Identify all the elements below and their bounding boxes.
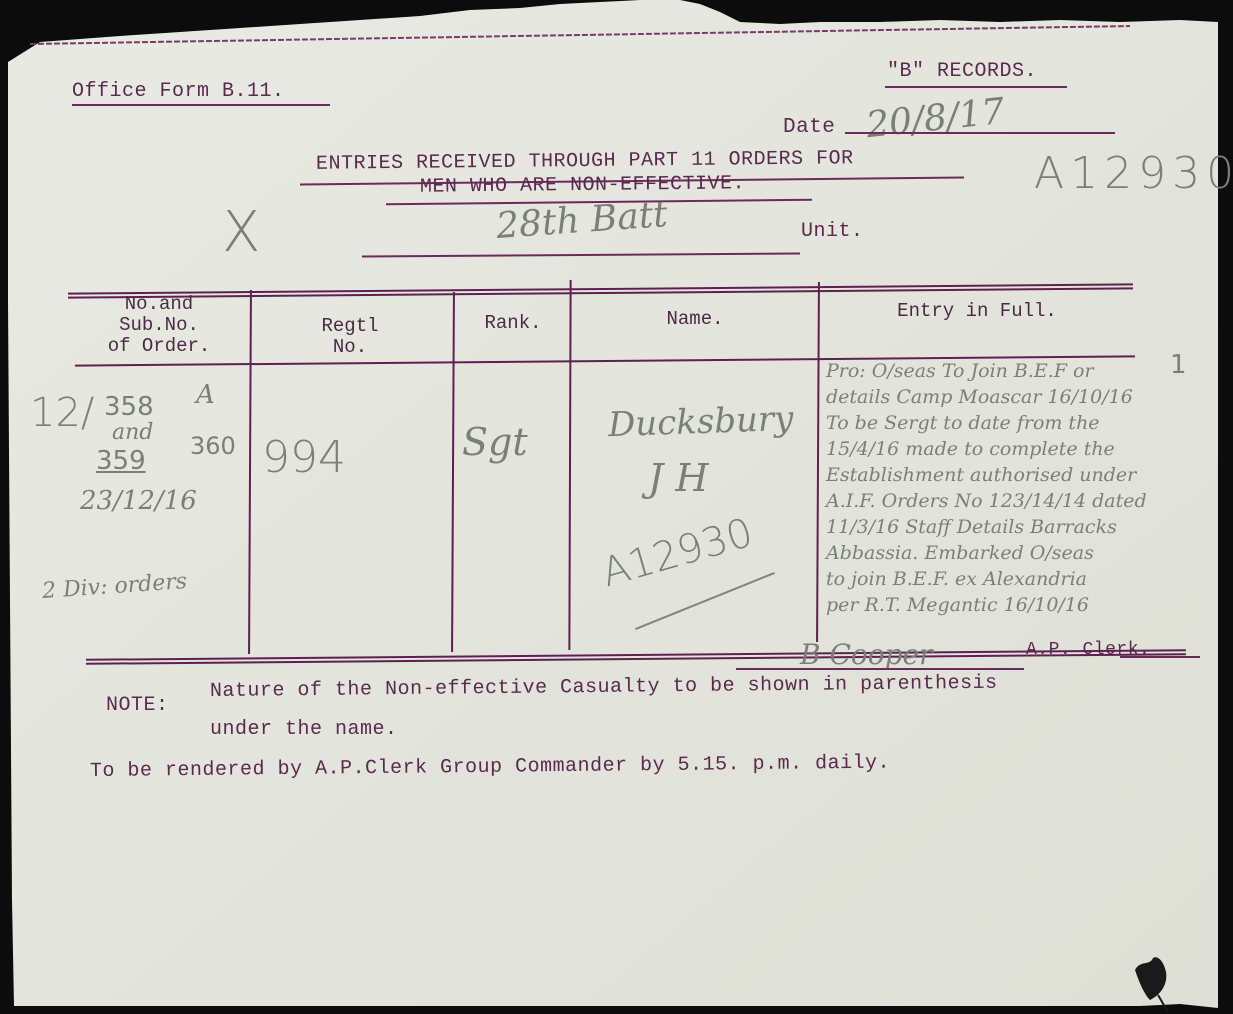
entry-line: A.I.F. Orders No 123/14/14 dated [826, 488, 1216, 514]
order-sub-2: 359 [96, 446, 146, 476]
entry-line: per R.T. Megantic 16/10/16 [826, 592, 1216, 618]
entry-line: to join B.E.F. ex Alexandria [826, 566, 1216, 592]
header-order-line1: No.and [74, 294, 244, 315]
order-sub-1: 358 [104, 392, 154, 422]
entry-line: details Camp Moascar 16/10/16 [826, 384, 1216, 410]
name-surname: Ducksbury [607, 399, 794, 445]
header-regtl-line1: Regtl [260, 316, 440, 337]
signature-label-underline [1120, 656, 1200, 658]
header-rank: Rank. [458, 313, 568, 334]
entry-line: Abbassia. Embarked O/seas [826, 540, 1216, 566]
header-entry-in-full: Entry in Full. [822, 301, 1132, 322]
header-order-line2: Sub.No. [74, 315, 244, 336]
entry-margin-mark: 1 [1170, 350, 1187, 380]
office-form-underline [72, 104, 330, 106]
date-label: Date [783, 116, 835, 139]
regtl-number: 994 [262, 432, 346, 483]
cross-mark: X [222, 200, 260, 265]
entry-line: To be Sergt to date from the [826, 410, 1216, 436]
header-regtl-line2: No. [260, 337, 440, 358]
header-order-line3: of Order. [74, 336, 244, 357]
entry-line: Establishment authorised under [826, 462, 1216, 488]
order-extra: 360 [190, 432, 236, 460]
unit-label: Unit. [801, 220, 864, 243]
form-title-line2: MEN WHO ARE NON-EFFECTIVE. [420, 172, 745, 198]
entry-line: 15/4/16 made to complete the [826, 436, 1216, 462]
order-and: and [112, 420, 153, 445]
header-order-number: No.and Sub.No. of Order. [74, 294, 244, 357]
header-name: Name. [580, 309, 810, 330]
note-label: NOTE: [106, 694, 169, 717]
order-number: 12/ [30, 390, 94, 436]
entry-in-full-text: Pro: O/seas To Join B.E.F or details Cam… [826, 358, 1216, 618]
rank-value: Sgt [462, 420, 528, 464]
office-form-label: Office Form B.11. [72, 80, 285, 103]
name-initials: J H [648, 456, 708, 500]
date-line [845, 132, 1115, 134]
entry-line: 11/3/16 Staff Details Barracks [826, 514, 1216, 540]
header-regtl-no: Regtl No. [260, 316, 440, 358]
records-label: "B" RECORDS. [887, 60, 1037, 83]
note-line-2: under the name. [210, 718, 398, 741]
entry-line: Pro: O/seas To Join B.E.F or [826, 358, 1216, 384]
order-mark: A [196, 380, 215, 410]
records-underline [885, 86, 1067, 88]
clerk-signature: B Cooper [800, 638, 933, 671]
order-date: 23/12/16 [80, 486, 197, 516]
signature-line [736, 668, 1024, 670]
reference-number: A12930 [1034, 148, 1233, 199]
